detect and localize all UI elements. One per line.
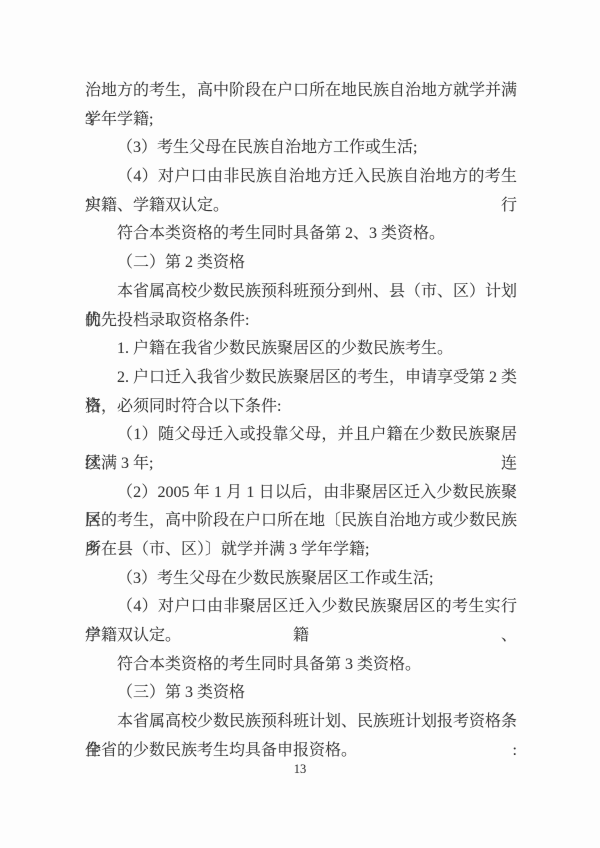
text-line: （3）考生父母在民族自治地方工作或生活; (85, 134, 517, 163)
text-line: （4）对户口由非聚居区迁入少数民族聚居区的考生实行户籍、 (85, 593, 517, 622)
text-line: （1）随父母迁入或投靠父母，并且户籍在少数民族聚居区连 (85, 421, 517, 450)
text-line: 本省属高校少数民族预科班预分到州、县（市、区）计划的 (85, 278, 517, 307)
page-number: 13 (0, 761, 600, 778)
text-line: 符合本类资格的考生同时具备第 2、3 类资格。 (85, 220, 517, 249)
list-item: 2. 户口迁入我省少数民族聚居区的考生，申请享受第 2 类资 (85, 364, 517, 393)
text-line: 所在县（市、区）〕就学并满 3 学年学籍; (85, 536, 517, 565)
text-line: 优先投档录取资格条件: (85, 307, 517, 336)
page-body-text: 治地方的考生，高中阶段在户口所在地民族自治地方就学并满 3 学年学籍; （3）考… (85, 77, 517, 766)
text-line: 治地方的考生，高中阶段在户口所在地民族自治地方就学并满 3 (85, 77, 517, 106)
text-line: （3）考生父母在少数民族聚居区工作或生活; (85, 565, 517, 594)
text-line: 格，必须同时符合以下条件: (85, 393, 517, 422)
list-item: 1. 户籍在我省少数民族聚居区的少数民族考生。 (85, 335, 517, 364)
section-heading: （三）第 3 类资格 (85, 679, 517, 708)
document-page: 治地方的考生，高中阶段在户口所在地民族自治地方就学并满 3 学年学籍; （3）考… (0, 0, 600, 848)
text-line: 符合本类资格的考生同时具备第 3 类资格。 (85, 651, 517, 680)
text-line: （2）2005 年 1 月 1 日以后，由非聚居区迁入少数民族聚居 (85, 479, 517, 508)
text-line: 学年学籍; (85, 106, 517, 135)
section-heading: （二）第 2 类资格 (85, 249, 517, 278)
text-line: 本省属高校少数民族预科班计划、民族班计划报考资格条件: (85, 708, 517, 737)
text-line: 区的考生，高中阶段在户口所在地〔民族自治地方或少数民族乡 (85, 507, 517, 536)
text-line: （4）对户口由非民族自治地方迁入民族自治地方的考生实行 (85, 163, 517, 192)
